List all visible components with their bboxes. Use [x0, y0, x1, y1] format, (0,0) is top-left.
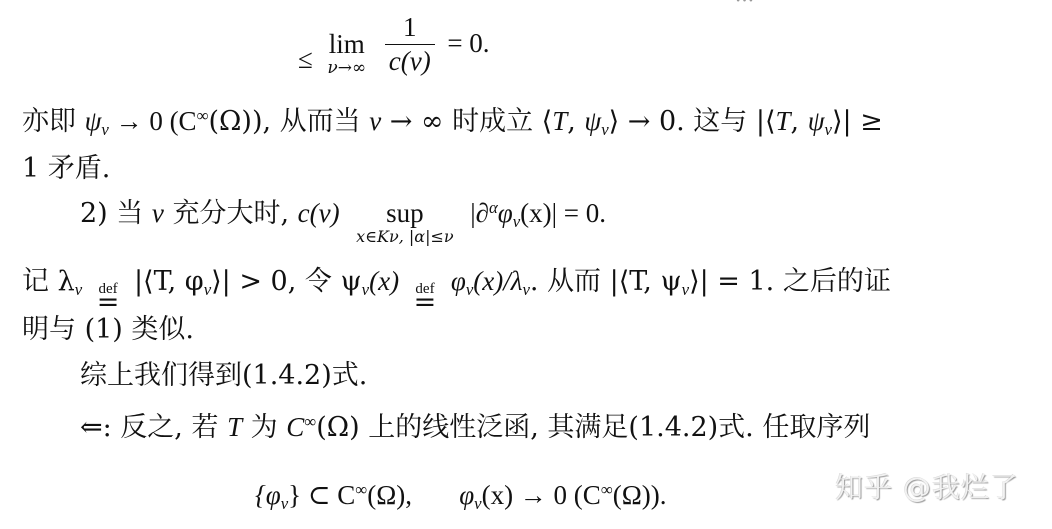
paragraph-3-line-1: 记 λν def= |⟨T, φν⟩| > 0, 令 ψν(x) def= φν… — [22, 268, 891, 316]
lim-operator: lim ν→∞ — [327, 31, 366, 77]
def-equals: def= — [414, 282, 437, 316]
paragraph-1-line-1: 亦即 ψν → 0 (C∞(Ω)), 从而当 ν → ∞ 时成立 ⟨T, ψν⟩… — [22, 108, 883, 139]
def-equals: def= — [97, 282, 120, 316]
equals-zero: = 0. — [447, 28, 489, 58]
paragraph-2: 2) 当 ν 充分大时, c(ν) sup x∈Kν, |α|≤ν |∂αφν(… — [80, 200, 606, 245]
paragraph-4: 综上我们得到(1.4.2)式. — [80, 362, 367, 389]
cropped-text-fragment: ··· — [735, 0, 754, 12]
paragraph-5: ⇐: 反之, 若 T 为 C∞(Ω) 上的线性泛函, 其满足(1.4.2)式. … — [80, 414, 870, 441]
leq-symbol: ≤ — [298, 44, 313, 74]
paragraph-1-line-2: 1 矛盾. — [22, 155, 110, 182]
equation-sequence: {φν} ⊂ C∞(Ω), φν(x) → 0 (C∞(Ω)). — [255, 482, 667, 513]
fraction: 1 c(ν) — [385, 14, 435, 75]
sup-operator: sup x∈Kν, |α|≤ν — [356, 200, 453, 245]
equation-limit: ≤ lim ν→∞ 1 c(ν) = 0. — [298, 14, 490, 75]
paragraph-3-line-2: 明与 (1) 类似. — [22, 316, 194, 343]
zhihu-watermark: 知乎 @我烂了 — [835, 466, 1019, 506]
